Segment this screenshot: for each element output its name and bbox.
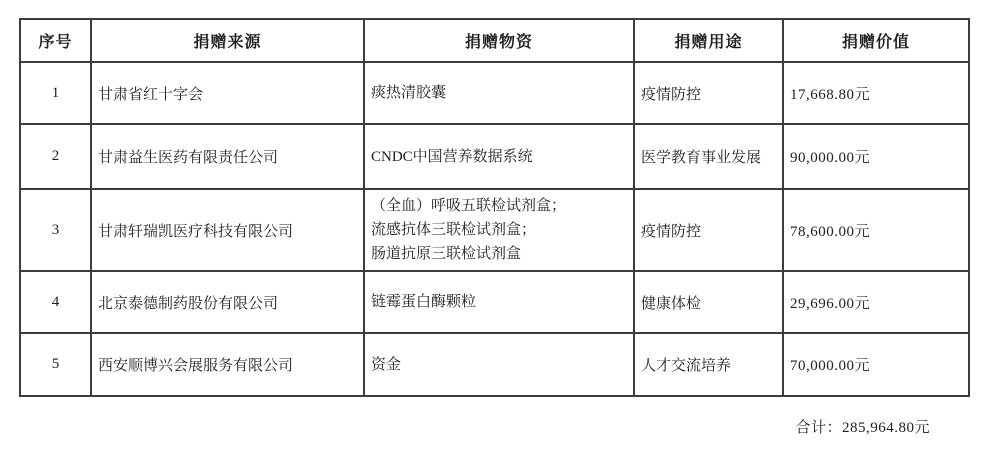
total-label: 合计： <box>795 420 842 436</box>
header-row: 序号 捐赠来源 捐赠物资 捐赠用途 捐赠价值 <box>20 19 969 62</box>
column-header-value: 捐赠价值 <box>783 19 969 62</box>
table-row: 1甘肃省红十字会痰热清胶囊疫情防控17,668.80元 <box>20 62 969 124</box>
cell-purpose: 医学教育事业发展 <box>634 124 783 189</box>
table-row: 4北京泰德制药股份有限公司链霉蛋白酶颗粒健康体检29,696.00元 <box>20 271 969 333</box>
cell-number: 3 <box>20 189 91 271</box>
total-value: 285,964.80元 <box>842 420 930 436</box>
donation-table: 序号 捐赠来源 捐赠物资 捐赠用途 捐赠价值 1甘肃省红十字会痰热清胶囊疫情防控… <box>19 18 970 397</box>
cell-source: 甘肃益生医药有限责任公司 <box>91 124 364 189</box>
table-row: 3甘肃轩瑞凯医疗科技有限公司（全血）呼吸五联检试剂盒；流感抗体三联检试剂盒；肠道… <box>20 189 969 271</box>
materials-line: CNDC中国营养数据系统 <box>371 145 629 169</box>
cell-materials: CNDC中国营养数据系统 <box>364 124 634 189</box>
cell-materials: 链霉蛋白酶颗粒 <box>364 271 634 333</box>
cell-value: 70,000.00元 <box>783 333 969 396</box>
cell-source: 西安顺博兴会展服务有限公司 <box>91 333 364 396</box>
column-header-source: 捐赠来源 <box>91 19 364 62</box>
cell-number: 2 <box>20 124 91 189</box>
table-row: 2甘肃益生医药有限责任公司CNDC中国营养数据系统医学教育事业发展90,000.… <box>20 124 969 189</box>
materials-line: 痰热清胶囊 <box>371 81 629 105</box>
materials-line: 资金 <box>371 353 629 377</box>
column-header-materials: 捐赠物资 <box>364 19 634 62</box>
cell-materials: 资金 <box>364 333 634 396</box>
materials-line: 流感抗体三联检试剂盒； <box>371 218 629 242</box>
materials-line: （全血）呼吸五联检试剂盒； <box>371 194 629 218</box>
cell-materials: 痰热清胶囊 <box>364 62 634 124</box>
cell-value: 90,000.00元 <box>783 124 969 189</box>
cell-number: 1 <box>20 62 91 124</box>
cell-materials: （全血）呼吸五联检试剂盒；流感抗体三联检试剂盒；肠道抗原三联检试剂盒 <box>364 189 634 271</box>
cell-value: 29,696.00元 <box>783 271 969 333</box>
column-header-number: 序号 <box>20 19 91 62</box>
cell-purpose: 人才交流培养 <box>634 333 783 396</box>
table-row: 5西安顺博兴会展服务有限公司资金人才交流培养70,000.00元 <box>20 333 969 396</box>
cell-purpose: 疫情防控 <box>634 62 783 124</box>
cell-source: 北京泰德制药股份有限公司 <box>91 271 364 333</box>
cell-value: 78,600.00元 <box>783 189 969 271</box>
cell-number: 5 <box>20 333 91 396</box>
total-line: 合计：285,964.80元 <box>795 416 930 437</box>
materials-line: 肠道抗原三联检试剂盒 <box>371 242 629 266</box>
cell-source: 甘肃省红十字会 <box>91 62 364 124</box>
column-header-purpose: 捐赠用途 <box>634 19 783 62</box>
document-page: 序号 捐赠来源 捐赠物资 捐赠用途 捐赠价值 1甘肃省红十字会痰热清胶囊疫情防控… <box>0 0 986 462</box>
cell-purpose: 疫情防控 <box>634 189 783 271</box>
materials-line: 链霉蛋白酶颗粒 <box>371 290 629 314</box>
cell-number: 4 <box>20 271 91 333</box>
cell-purpose: 健康体检 <box>634 271 783 333</box>
cell-source: 甘肃轩瑞凯医疗科技有限公司 <box>91 189 364 271</box>
cell-value: 17,668.80元 <box>783 62 969 124</box>
